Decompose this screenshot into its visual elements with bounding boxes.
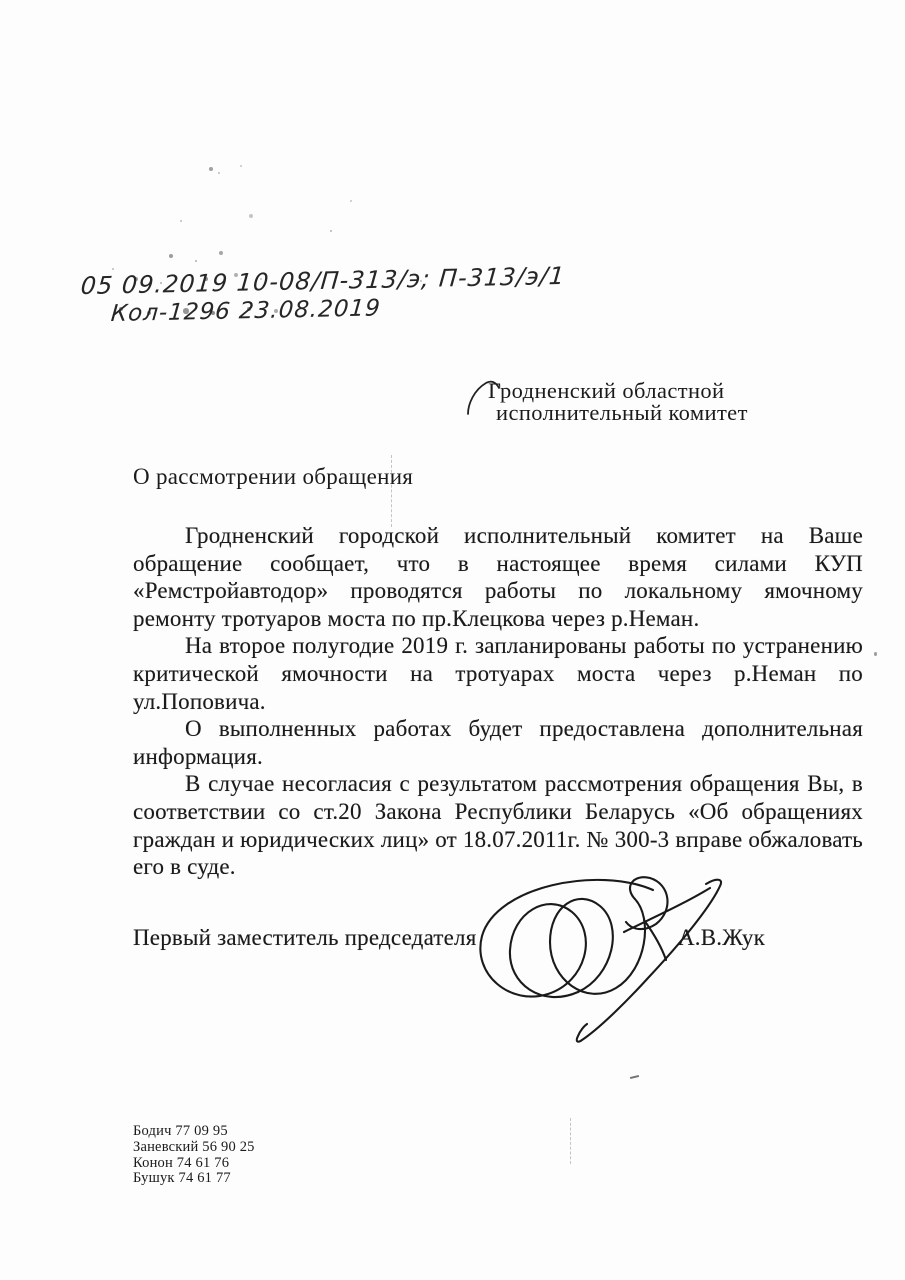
body-paragraph-4: В случае несогласия с результатом рассмо…	[133, 770, 863, 880]
signer-title: Первый заместитель председателя	[133, 925, 477, 951]
letter-body: Гродненский городской исполнительный ком…	[133, 522, 863, 881]
handwritten-registration-note: 05 09.2019 10-08/П-313/э; П-313/э/1	[80, 262, 567, 300]
ink-mark	[630, 1075, 639, 1079]
signature-row: Первый заместитель председателя А.В.Жук	[133, 925, 765, 951]
recipient-line2: исполнительный комитет	[488, 402, 748, 424]
signature-scribble	[448, 868, 748, 1053]
footer-contacts: Бодич 77 09 95 Заневский 56 90 25 Конон …	[133, 1124, 255, 1187]
ink-speck	[874, 652, 877, 656]
contact-line-1: Бодич 77 09 95	[133, 1124, 255, 1140]
body-paragraph-3: О выполненных работах будет предоставлен…	[133, 715, 863, 770]
signer-name: А.В.Жук	[678, 925, 765, 951]
contact-line-3: Конон 74 61 76	[133, 1156, 255, 1172]
contact-line-2: Заневский 56 90 25	[133, 1140, 255, 1156]
body-paragraph-2: На второе полугодие 2019 г. запланирован…	[133, 632, 863, 715]
handwritten-incoming-number: Кол-1296 23.08.2019	[110, 295, 382, 327]
subject-line: О рассмотрении обращения	[133, 464, 413, 490]
body-paragraph-1: Гродненский городской исполнительный ком…	[133, 522, 863, 632]
scan-artifact-line	[570, 1118, 572, 1164]
contact-line-4: Бушук 74 61 77	[133, 1171, 255, 1187]
scanned-letter-page: 05 09.2019 10-08/П-313/э; П-313/э/1 Кол-…	[0, 0, 905, 1280]
recipient-block: Гродненский областной исполнительный ком…	[488, 380, 748, 424]
recipient-line1: Гродненский областной	[488, 380, 748, 402]
scan-artifact-line	[391, 455, 393, 527]
faded-stamp-marks	[100, 160, 102, 162]
